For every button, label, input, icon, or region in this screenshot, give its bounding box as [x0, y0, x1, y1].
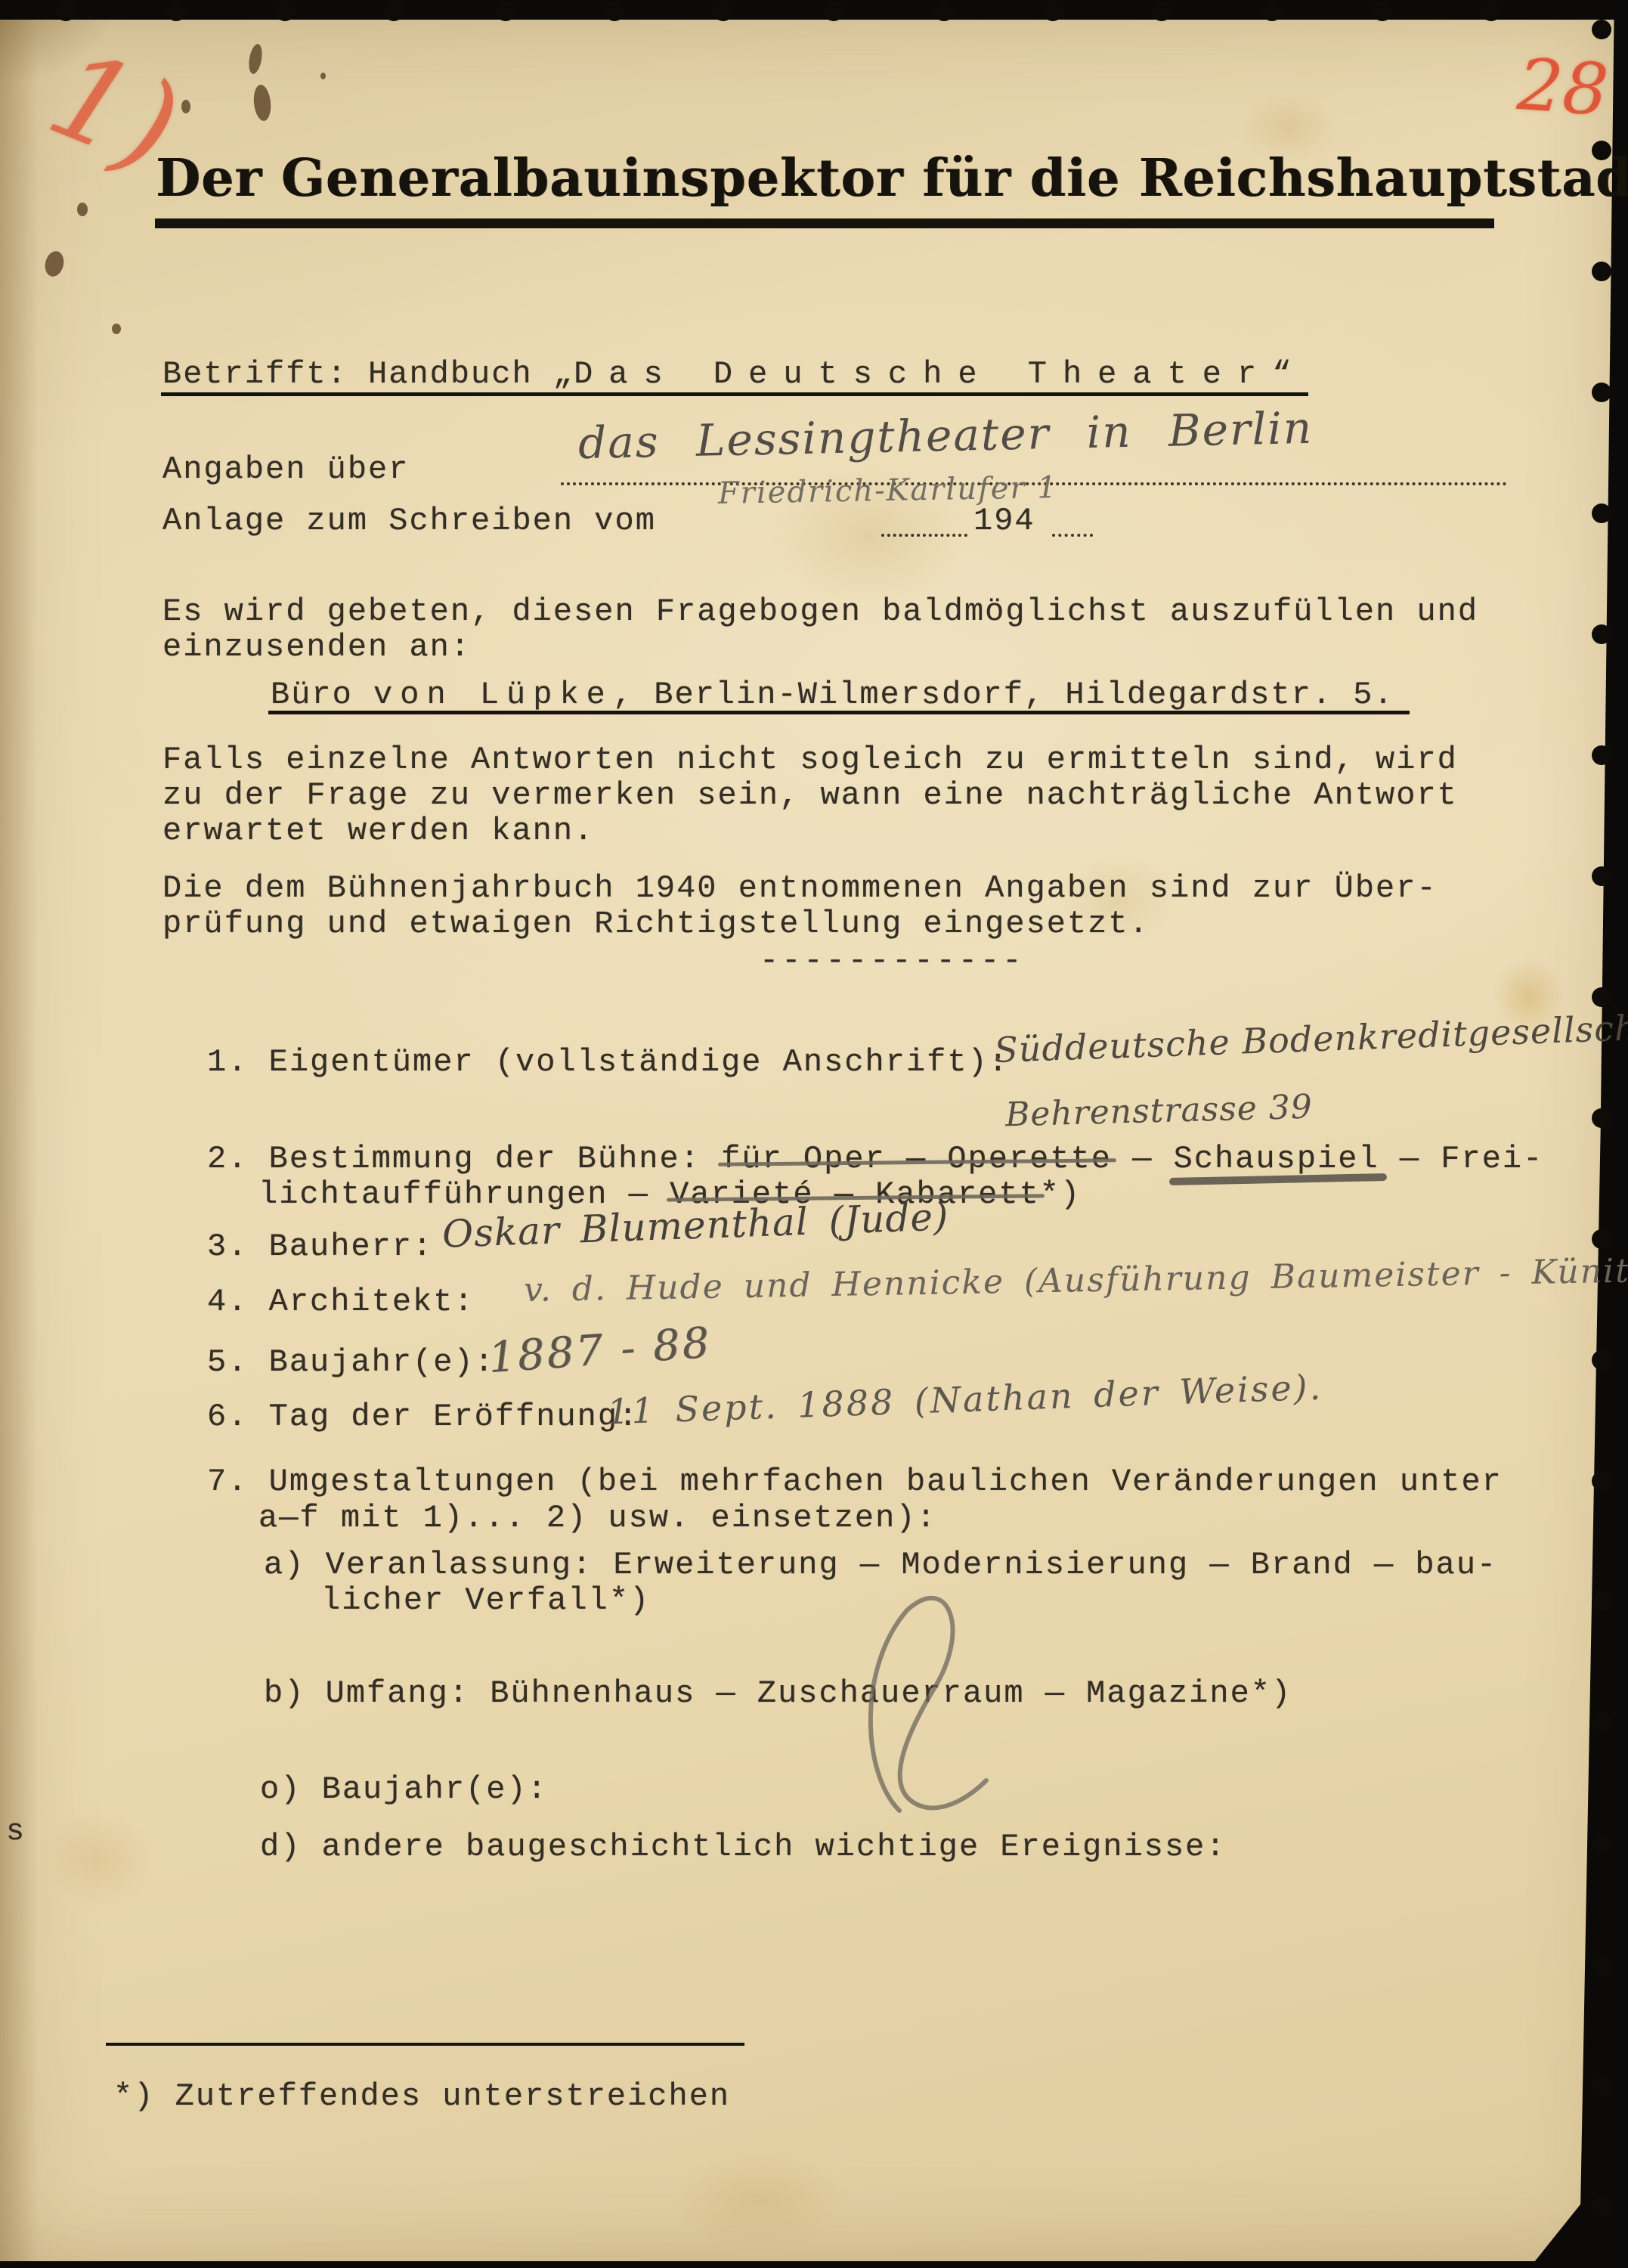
note-line-2: prüfung und etwaigen Richtigstellung ein…	[162, 906, 1150, 941]
punch-hole	[1592, 624, 1611, 644]
q1-answer-line-2: Behrenstrasse 39	[1004, 1088, 1313, 1135]
q2-underlined-schauspiel: Schauspiel	[1174, 1141, 1379, 1177]
q2-tail: Frei-	[1441, 1141, 1543, 1177]
anlage-label: Anlage zum Schreiben vom	[162, 503, 656, 538]
punch-hole	[1152, 2, 1171, 21]
punch-hole	[1592, 2076, 1611, 2096]
punch-hole	[713, 2, 733, 21]
office-spaced-name: von Lüpke	[373, 677, 613, 713]
scan-background-right	[1575, 0, 1628, 2268]
footnote-text: *) Zutreffendes unterstreichen	[113, 2079, 730, 2114]
punch-hole	[1592, 262, 1611, 281]
office-underline	[268, 711, 1410, 714]
punch-hole	[166, 2, 186, 21]
office-rest: , Berlin-Wilmersdorf, Hildegardstr. 5.	[613, 677, 1394, 713]
office-prefix: Büro	[271, 677, 373, 713]
request-line-1: Es wird gebeten, diesen Fragebogen baldm…	[162, 594, 1478, 629]
q7a-line-2: licher Verfall*)	[321, 1583, 650, 1618]
ink-speck	[42, 249, 67, 279]
punch-hole	[1592, 383, 1611, 402]
ink-speck	[252, 84, 273, 122]
paper-stain	[673, 2147, 846, 2253]
red-page-number: 28	[1515, 44, 1611, 132]
letterhead-rule	[155, 218, 1494, 228]
q4-answer: v. d. Hude und Hennicke (Ausführung Baum…	[524, 1251, 1628, 1309]
q2-struck-oper-operette: für Oper — Operette	[721, 1141, 1112, 1177]
ink-speck	[77, 203, 88, 216]
q7-line-2: a—f mit 1)... 2) usw. einsetzen):	[258, 1501, 937, 1535]
punch-hole	[605, 2, 624, 21]
margin-letter: s	[6, 1816, 26, 1849]
q5-label: 5. Baujahr(e):	[207, 1345, 495, 1380]
q2-dash: —	[1112, 1141, 1174, 1177]
punch-hole	[496, 2, 515, 21]
ink-speck	[320, 73, 326, 79]
q1-label: 1. Eigentümer (vollständige Anschrift):	[207, 1045, 1009, 1080]
punch-hole	[1592, 745, 1611, 765]
ink-speck	[112, 324, 121, 334]
q1-answer-line-1: Süddeutsche Bodenkreditgesellschaft	[993, 1005, 1628, 1070]
q7b-line: b) Umfang: Bühnenhaus — Zuschauerraum — …	[264, 1676, 1292, 1711]
q2-prefix: 2. Bestimmung der Bühne:	[207, 1141, 721, 1177]
anlage-dotted-line-1	[881, 534, 967, 537]
punch-hole	[1481, 2, 1501, 21]
letterhead-title: Der Generalbauinspektor für die Reichsha…	[156, 148, 1628, 209]
punch-hole	[1592, 503, 1611, 523]
punch-hole	[1592, 1713, 1611, 1733]
subject-suffix: “	[1272, 356, 1292, 392]
q2-line2-suffix: *)	[1040, 1176, 1081, 1213]
pencil-scribble	[786, 1576, 1058, 1826]
paper-stain	[42, 1811, 155, 1909]
q2-line-1: 2. Bestimmung der Bühne: für Oper — Oper…	[207, 1142, 1543, 1176]
office-address-line: Büro von Lüpke, Berlin-Wilmersdorf, Hild…	[271, 677, 1394, 712]
q7d-line: d) andere baugeschichtlich wichtige Erei…	[260, 1830, 1227, 1864]
subject-line: Betrifft: Handbuch „Das Deutsche Theater…	[162, 357, 1292, 392]
punch-hole	[1592, 987, 1611, 1007]
punch-hole	[1592, 2197, 1611, 2217]
subject-underline	[161, 392, 1308, 396]
note-line-1: Die dem Bühnenjahrbuch 1940 entnommenen …	[162, 871, 1438, 906]
footnote-rule	[106, 2043, 744, 2046]
scanned-form-page: 1) 28 Der Generalbauinspektor für die Re…	[0, 0, 1628, 2268]
punch-hole	[1592, 1955, 1611, 1975]
punch-hole	[1592, 866, 1611, 886]
punch-hole	[1373, 2, 1392, 21]
q2-dash: —	[1379, 1141, 1441, 1177]
punch-hole	[1592, 1592, 1611, 1612]
dashed-separator: ------------	[760, 943, 1024, 978]
q5-answer: 1887 - 88	[487, 1318, 713, 1383]
angaben-label: Angaben über	[162, 452, 409, 487]
ink-speck	[247, 43, 265, 75]
q7-line-1: 7. Umgestaltungen (bei mehrfachen baulic…	[207, 1464, 1503, 1499]
paper-left-edge-shadow	[0, 0, 38, 2268]
punch-hole	[1592, 1108, 1611, 1128]
anlage-dotted-line-2	[1052, 534, 1093, 537]
q6-answer: 11 Sept. 1888 (Nathan der Weise).	[606, 1366, 1323, 1432]
scan-background-bottom	[0, 2261, 1628, 2268]
punch-hole	[1592, 1350, 1611, 1370]
q7c-line: o) Baujahr(e):	[260, 1772, 548, 1807]
punch-hole	[1262, 2, 1282, 21]
punch-hole	[56, 2, 76, 21]
q4-label: 4. Architekt:	[207, 1284, 475, 1319]
subject-prefix: Betrifft: Handbuch „	[162, 356, 574, 392]
subject-spaced-title: Das Deutsche Theater	[574, 356, 1272, 392]
q3-label: 3. Bauherr:	[207, 1229, 433, 1264]
punch-hole	[384, 2, 404, 21]
punch-hole	[1592, 1471, 1611, 1491]
hint-line-3: erwartet werden kann.	[162, 813, 594, 848]
punch-hole	[1043, 2, 1063, 21]
request-line-2: einzusenden an:	[162, 630, 471, 665]
punch-hole	[275, 2, 295, 21]
punch-hole	[1592, 1834, 1611, 1854]
anlage-year: 194	[973, 503, 1035, 538]
hint-line-1: Falls einzelne Antworten nicht sogleich …	[162, 742, 1458, 777]
angaben-handwritten-value: das Lessingtheater in Berlin	[577, 402, 1313, 469]
hint-line-2: zu der Frage zu vermerken sein, wann ein…	[162, 778, 1458, 813]
punch-hole	[1592, 20, 1611, 39]
q6-label: 6. Tag der Eröffnung:	[207, 1399, 639, 1434]
punch-hole	[824, 2, 843, 21]
punch-hole	[1592, 1229, 1611, 1249]
punch-hole	[934, 2, 954, 21]
